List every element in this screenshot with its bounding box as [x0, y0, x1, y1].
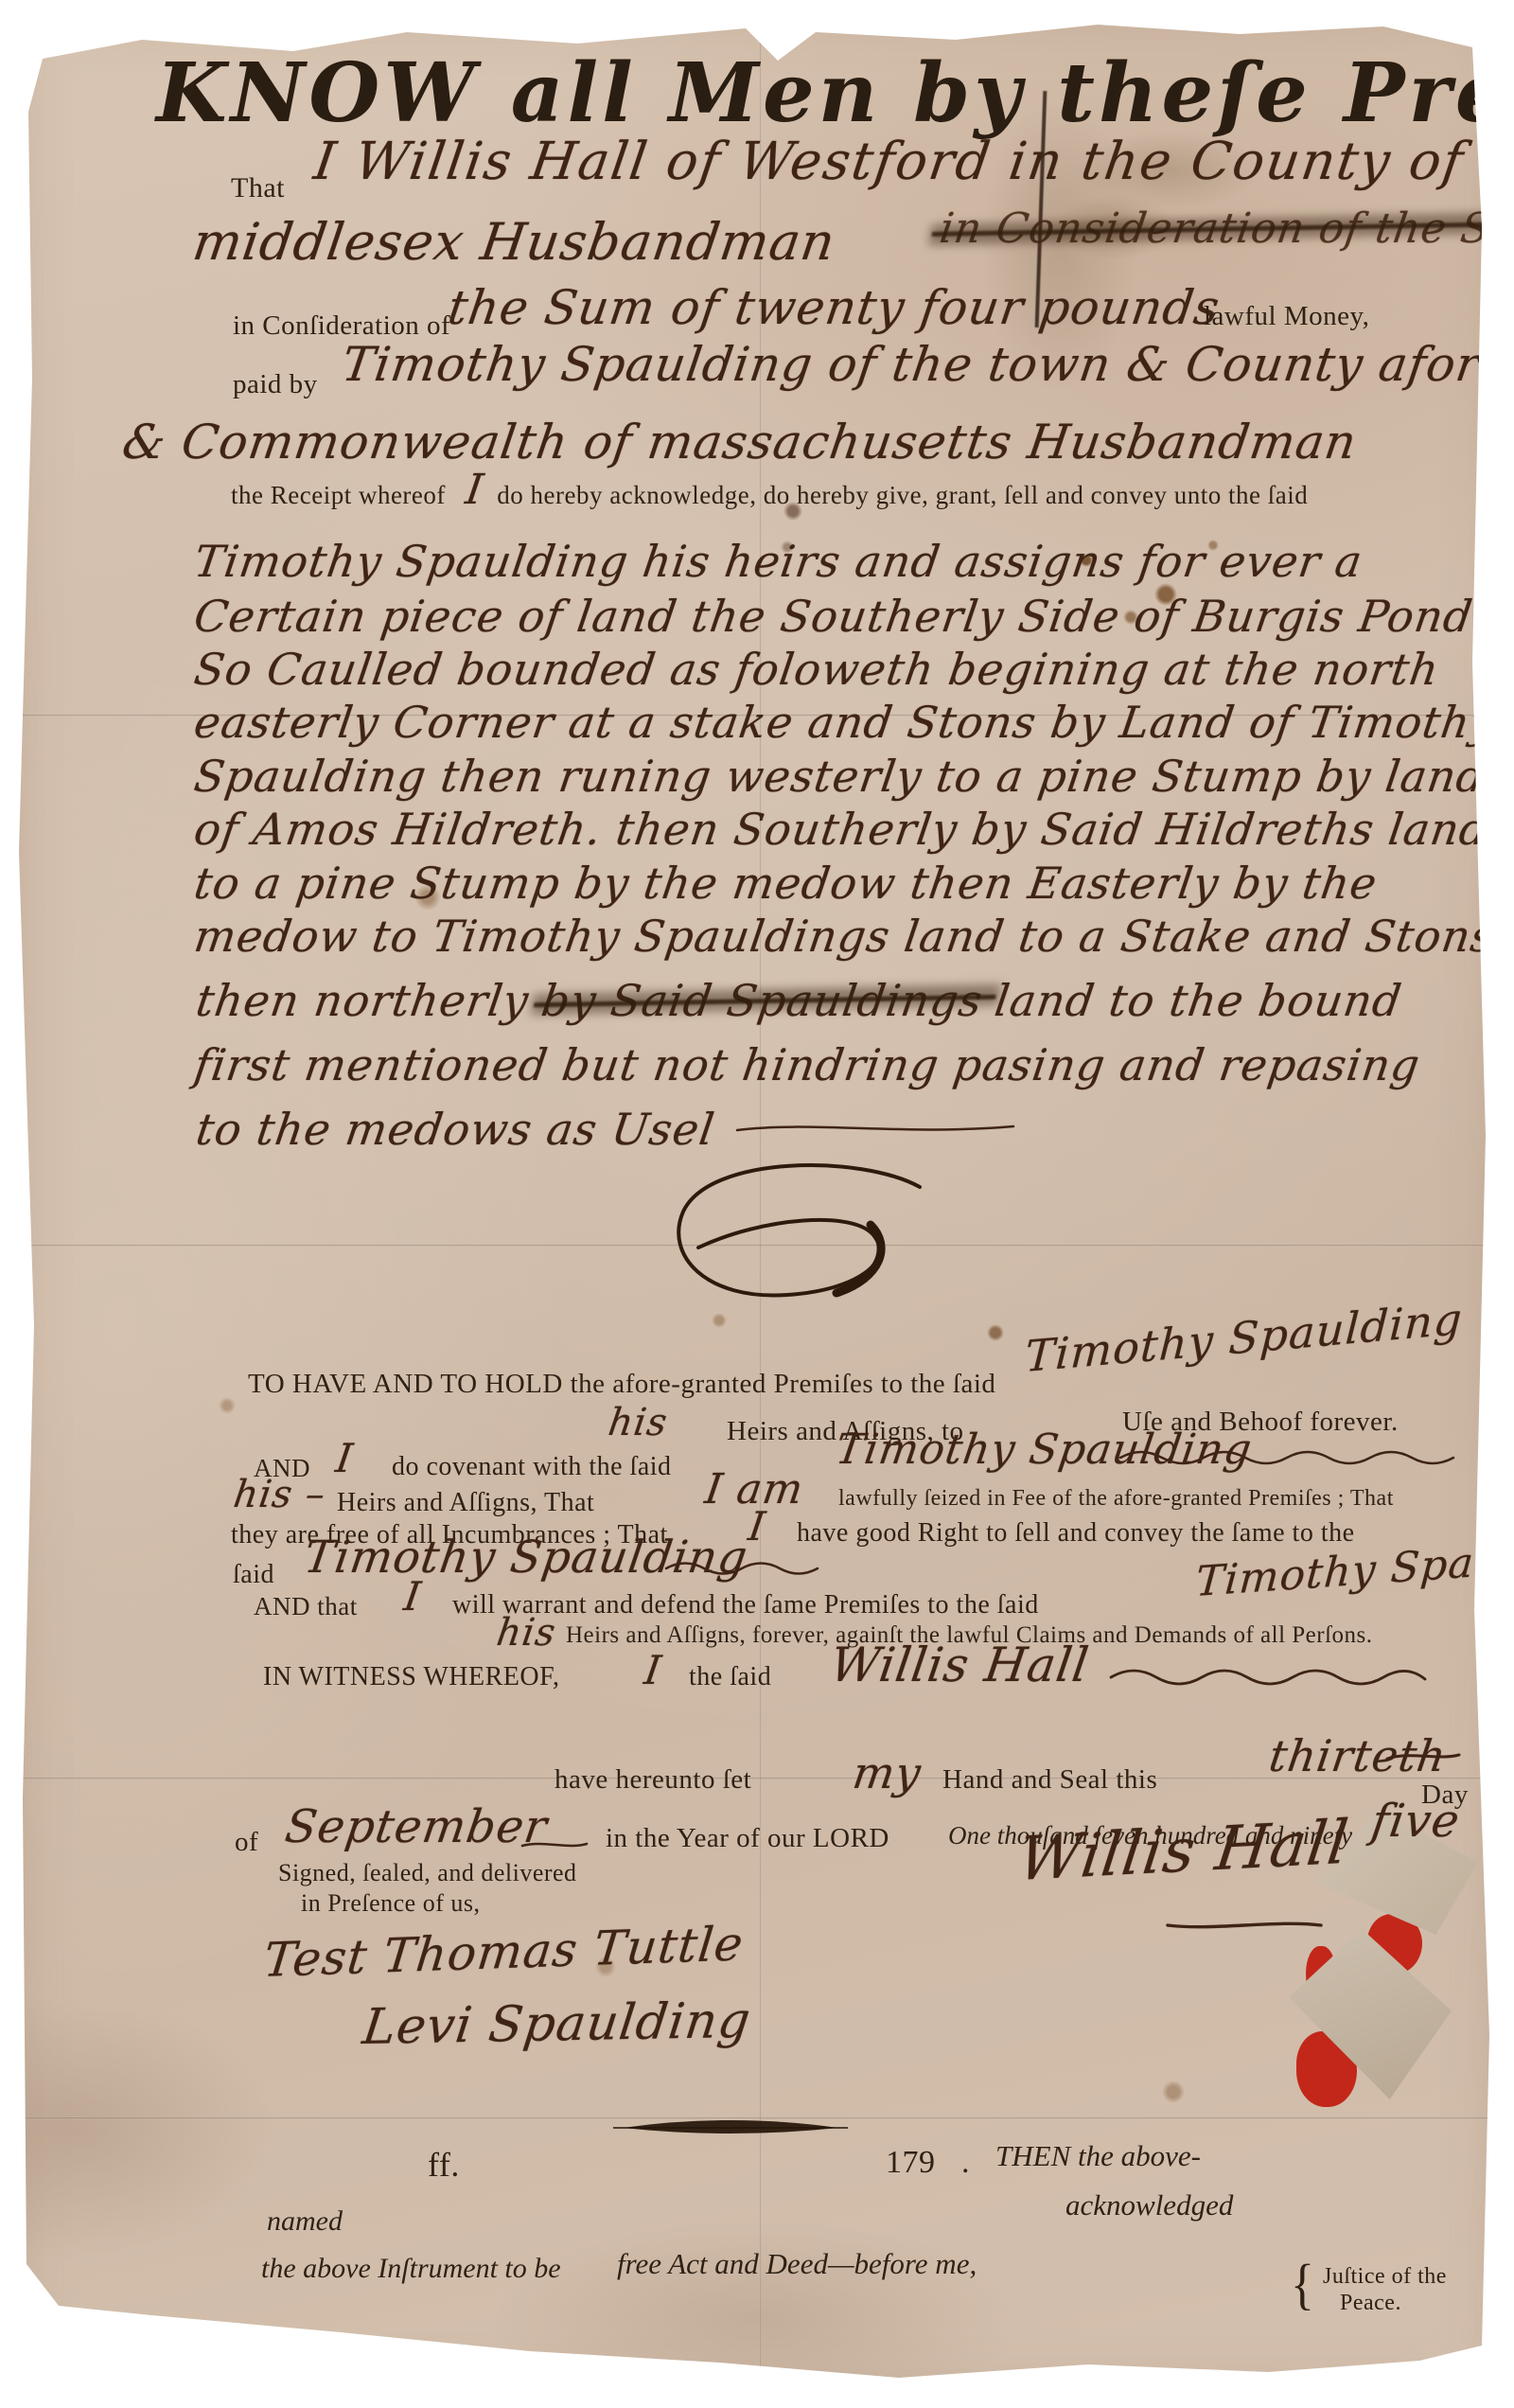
my-word: my [850, 1747, 924, 1798]
that-label: That [231, 172, 285, 204]
free-act-text: free Act and Deed—before me, [617, 2247, 977, 2281]
in-witness-label: IN WITNESS WHEREOF, [263, 1662, 559, 1692]
commonwealth-text: & Commonwealth of massachusetts Husbandm… [119, 415, 1361, 469]
year-period: . [961, 2145, 970, 2181]
his-word: his [494, 1611, 559, 1655]
receipt-post: do hereby acknowledge, do hereby give, g… [497, 481, 1308, 510]
acknowledged-text: acknowledged [1065, 2188, 1233, 2222]
grantor-line: I Willis Hall of Westford in the County … [310, 131, 1469, 191]
wavy-flourish [1117, 1444, 1457, 1469]
body-line: So Caulled bounded as foloweth begining … [191, 644, 1442, 695]
of-label: of [235, 1827, 258, 1858]
flourish-spiral [643, 1153, 927, 1319]
seized-text: lawfully ſeized in Fee of the afore-gran… [838, 1486, 1394, 1512]
body-line: Spaulding then runing westerly to a pine… [191, 751, 1489, 802]
good-right-text: have good Right to ſell and convey the ſ… [797, 1518, 1355, 1549]
dash-flourish [1383, 1747, 1463, 1766]
receipt-pre: the Receipt whereof [231, 481, 446, 510]
year-blank: 179 [886, 2145, 936, 2181]
body-line9-pre: then northerly [193, 975, 533, 1026]
body-line9-post: land to the bound [992, 975, 1405, 1026]
his-word: his [606, 1401, 671, 1444]
struck-out-text: in Consideration of the Sum [937, 204, 1514, 253]
receipt-pronoun: I [463, 466, 487, 514]
deed-photograph: KNOW all Men by theſe Preſents, That I W… [0, 0, 1514, 2408]
covenant-text: do covenant with the ſaid [392, 1452, 672, 1482]
payer-text: Timothy Spaulding of the town & County a… [339, 337, 1514, 392]
ff-abbrev: ff. [428, 2145, 460, 2185]
justice-brace: { [1291, 2253, 1314, 2317]
sum-text: the Sum of twenty four pounds [445, 280, 1224, 335]
presence-label: in Preſence of us, [301, 1889, 481, 1918]
year-script-word: five [1368, 1795, 1464, 1848]
signature-underline [1164, 1918, 1325, 1933]
his-word: his – [231, 1473, 328, 1516]
body-line: Certain piece of land the Southerly Side… [191, 591, 1476, 642]
grantor-name-body: Willis Hall [827, 1638, 1093, 1692]
wavy-flourish [662, 1556, 833, 1579]
wavy-flourish [1107, 1662, 1429, 1691]
grantor-line2: middlesex Husbandman [189, 212, 839, 272]
body-line: to a pine Stump by the medow then Easter… [191, 858, 1381, 909]
month-word: September [282, 1800, 551, 1853]
and-that-label: AND that [254, 1592, 358, 1621]
body-line: of Amos Hildreth. then Southerly by Said… [191, 804, 1492, 855]
body-line: first mentioned but not hindring pasing … [191, 1039, 1423, 1090]
year-pre-text: in the Year of our LORD [606, 1823, 889, 1854]
hand-seal-text: Hand and Seal this [942, 1764, 1157, 1796]
body-line-final: to the medows as Usel [193, 1104, 1017, 1155]
body-line11: to the medows as Usel [193, 1104, 718, 1155]
body-line: medow to Timothy Spauldings land to a St… [191, 911, 1498, 962]
lawful-money-label: lawful Money, [1204, 301, 1369, 332]
heirs-assigns-that: Heirs and Aſſigns, That [337, 1488, 594, 1518]
receipt-line: the Receipt whereof I do hereby acknowle… [231, 466, 1308, 514]
set-hand-text: have hereunto ſet [555, 1764, 751, 1796]
ink-blank-line [613, 2118, 848, 2137]
justice-line1: Juſtice of the [1323, 2264, 1447, 2290]
justice-line2: Peace. [1340, 2291, 1401, 2316]
then-above-text: THEN the above- [995, 2139, 1201, 2173]
dash-flourish [519, 1836, 590, 1853]
deed-title: KNOW all Men by theſe Preſents, [156, 45, 1514, 141]
said-label: ſaid [233, 1560, 274, 1590]
trailing-dash-flourish [733, 1117, 1017, 1142]
signed-sealed-label: Signed, ſealed, and delivered [278, 1859, 577, 1887]
body-line9-struck: by Said Spauldings [538, 975, 986, 1026]
to-have-line: TO HAVE AND TO HOLD the afore-granted Pr… [248, 1369, 995, 1400]
instrument-text: the above Inſtrument to be [261, 2253, 561, 2285]
witness-signature: Levi Spaulding [360, 1992, 754, 2056]
named-text: named [267, 2205, 343, 2238]
paid-by-label: paid by [233, 369, 318, 400]
body-line-struck: then northerly by Said Spauldings land t… [193, 975, 1399, 1026]
the-said-label: the ſaid [689, 1662, 771, 1692]
body-line: easterly Corner at a stake and Stons by … [191, 697, 1500, 748]
body-line: Timothy Spaulding his heirs and assigns … [191, 536, 1366, 587]
deed-paper: KNOW all Men by theſe Preſents, That I W… [0, 0, 1514, 2408]
